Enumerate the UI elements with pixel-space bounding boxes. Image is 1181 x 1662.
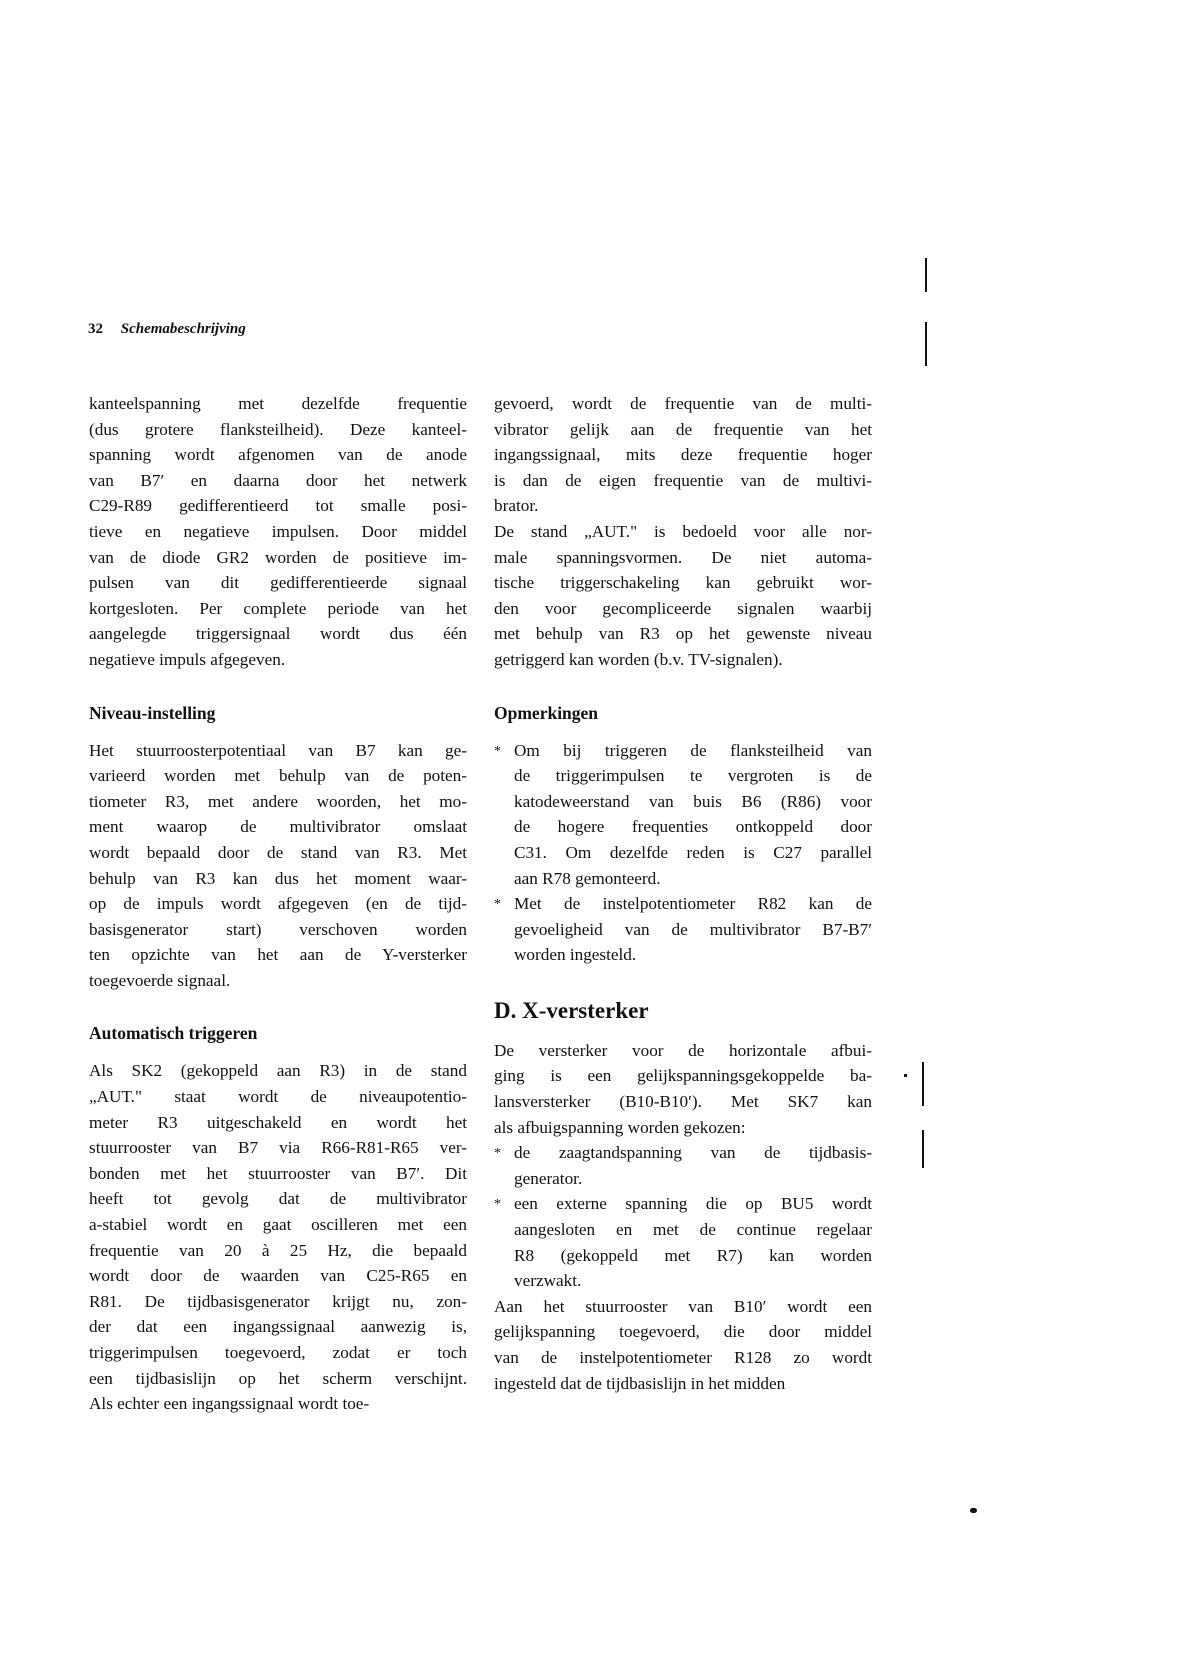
text-line: gelijkspanning toegevoerd, die door midd… [494,1319,872,1345]
heading-niveau-instelling: Niveau-instelling [89,701,467,726]
text-line: den voor gecompliceerde signalen waarbij [494,596,872,622]
heading-x-versterker: D. X-versterker [494,996,872,1026]
bullet-star-icon: * [494,1192,501,1218]
text-line: meter R3 uitgeschakeld en wordt het [89,1110,467,1136]
text-line: lansversterker (B10-B10′). Met SK7 kan [494,1089,872,1115]
text-line: wordt door de waarden van C25-R65 en [89,1263,467,1289]
text-line: frequentie van 20 à 25 Hz, die bepaald [89,1238,467,1264]
text-line: Als echter een ingangssignaal wordt toe- [89,1391,467,1417]
list-item: *de zaagtandspanning van de tijdbasis-ge… [494,1140,872,1191]
text-line: der dat een ingangssignaal aanwezig is, [89,1314,467,1340]
text-line: als afbuigspanning worden gekozen: [494,1115,872,1141]
text-line: Als SK2 (gekoppeld aan R3) in de stand [89,1058,467,1084]
running-head: 32 Schemabeschrijving [88,321,246,338]
text-line: van de diode GR2 worden de positieve im- [89,545,467,571]
text-line: worden ingesteld. [514,942,872,968]
scan-mark [904,1074,907,1077]
text-line: de triggerimpulsen te vergroten is de [514,763,872,789]
text-line: ment waarop de multivibrator omslaat [89,814,467,840]
text-line: heeft tot gevolg dat de multivibrator [89,1186,467,1212]
text-line: spanning wordt afgenomen van de anode [89,442,467,468]
text-line: gevoerd, wordt de frequentie van de mult… [494,391,872,417]
text-line: pulsen van dit gedifferentieerde signaal [89,570,467,596]
bullet-star-icon: * [494,739,501,765]
text-line: aan R78 gemonteerd. [514,866,872,892]
text-line: katodeweerstand van buis B6 (R86) voor [514,789,872,815]
left-column: kanteelspanning met dezelfde frequentie(… [89,391,467,1417]
text-line: een externe spanning die op BU5 wordt [514,1191,872,1217]
text-line: (dus grotere flanksteilheid). Deze kante… [89,417,467,443]
text-line: ingesteld dat de tijdbasislijn in het mi… [494,1371,872,1397]
section-title: Schemabeschrijving [121,321,246,337]
text-line: is dan de eigen frequentie van de multiv… [494,468,872,494]
bullet-star-icon: * [494,892,501,918]
x-versterker-list: *de zaagtandspanning van de tijdbasis-ge… [494,1140,872,1294]
text-line: wordt bepaald door de stand van R3. Met [89,840,467,866]
opmerkingen-list: *Om bij triggeren de flanksteilheid vand… [494,738,872,968]
auto-paragraph: Als SK2 (gekoppeld aan R3) in de stand„A… [89,1058,467,1416]
text-line: varieerd worden met behulp van de poten- [89,763,467,789]
page-number: 32 [88,321,103,337]
scan-mark [922,1130,924,1168]
scan-mark [922,1062,924,1106]
scan-mark [970,1508,977,1513]
text-line: op de impuls wordt afgegeven (en de tijd… [89,891,467,917]
text-line: met behulp van R3 op het gewenste niveau [494,621,872,647]
text-line: van B7′ en daarna door het netwerk [89,468,467,494]
text-line: R8 (gekoppeld met R7) kan worden [514,1243,872,1269]
text-line: kanteelspanning met dezelfde frequentie [89,391,467,417]
text-line: tieve en negatieve impulsen. Door middel [89,519,467,545]
list-item: *een externe spanning die op BU5 wordtaa… [494,1191,872,1293]
text-line: aangelegde triggersignaal wordt dus één [89,621,467,647]
text-line: gevoeligheid van de multivibrator B7-B7′ [514,917,872,943]
text-line: triggerimpulsen toegevoerd, zodat er toc… [89,1340,467,1366]
x-versterker-paragraph: De versterker voor de horizontale afbui-… [494,1038,872,1140]
text-line: Met de instelpotentiometer R82 kan de [514,891,872,917]
continuation-paragraph: gevoerd, wordt de frequentie van de mult… [494,391,872,519]
right-column: gevoerd, wordt de frequentie van de mult… [494,391,872,1396]
text-line: van de instelpotentiometer R128 zo wordt [494,1345,872,1371]
text-line: De stand „AUT." is bedoeld voor alle nor… [494,519,872,545]
text-line: Het stuurroosterpotentiaal van B7 kan ge… [89,738,467,764]
list-item: *Met de instelpotentiometer R82 kan dege… [494,891,872,968]
text-line: kortgesloten. Per complete periode van h… [89,596,467,622]
niveau-paragraph: Het stuurroosterpotentiaal van B7 kan ge… [89,738,467,994]
text-line: brator. [494,493,872,519]
text-line: toegevoerde signaal. [89,968,467,994]
text-line: a-stabiel wordt en gaat oscilleren met e… [89,1212,467,1238]
text-line: aangesloten en met de continue regelaar [514,1217,872,1243]
final-paragraph: Aan het stuurrooster van B10′ wordt eeng… [494,1294,872,1396]
text-line: De versterker voor de horizontale afbui- [494,1038,872,1064]
text-line: C31. Om dezelfde reden is C27 parallel [514,840,872,866]
text-line: tiometer R3, met andere woorden, het mo- [89,789,467,815]
text-line: C29-R89 gedifferentieerd tot smalle posi… [89,493,467,519]
text-line: bonden met het stuurrooster van B7′. Dit [89,1161,467,1187]
text-line: Om bij triggeren de flanksteilheid van [514,738,872,764]
text-line: een tijdbasislijn op het scherm verschij… [89,1366,467,1392]
text-line: basisgenerator start) verschoven worden [89,917,467,943]
text-line: male spanningsvormen. De niet automa- [494,545,872,571]
aut-paragraph: De stand „AUT." is bedoeld voor alle nor… [494,519,872,673]
text-line: ten opzichte van het aan de Y-versterker [89,942,467,968]
text-line: ging is een gelijkspanningsgekoppelde ba… [494,1063,872,1089]
text-line: R81. De tijdbasisgenerator krijgt nu, zo… [89,1289,467,1315]
text-line: stuurrooster van B7 via R66-R81-R65 ver- [89,1135,467,1161]
bullet-star-icon: * [494,1141,501,1167]
text-line: tische triggerschakeling kan gebruikt wo… [494,570,872,596]
text-line: „AUT." staat wordt de niveaupotentio- [89,1084,467,1110]
intro-paragraph: kanteelspanning met dezelfde frequentie(… [89,391,467,673]
list-item: *Om bij triggeren de flanksteilheid vand… [494,738,872,892]
text-line: generator. [514,1166,872,1192]
scan-mark [925,258,927,292]
scan-mark [925,322,927,366]
text-line: verzwakt. [514,1268,872,1294]
text-line: Aan het stuurrooster van B10′ wordt een [494,1294,872,1320]
text-line: de hogere frequenties ontkoppeld door [514,814,872,840]
text-line: vibrator gelijk aan de frequentie van he… [494,417,872,443]
text-line: negatieve impuls afgegeven. [89,647,467,673]
heading-opmerkingen: Opmerkingen [494,701,872,726]
heading-automatisch-triggeren: Automatisch triggeren [89,1021,467,1046]
text-line: getriggerd kan worden (b.v. TV-signalen)… [494,647,872,673]
text-line: de zaagtandspanning van de tijdbasis- [514,1140,872,1166]
text-line: ingangssignaal, mits deze frequentie hog… [494,442,872,468]
text-line: behulp van R3 kan dus het moment waar- [89,866,467,892]
